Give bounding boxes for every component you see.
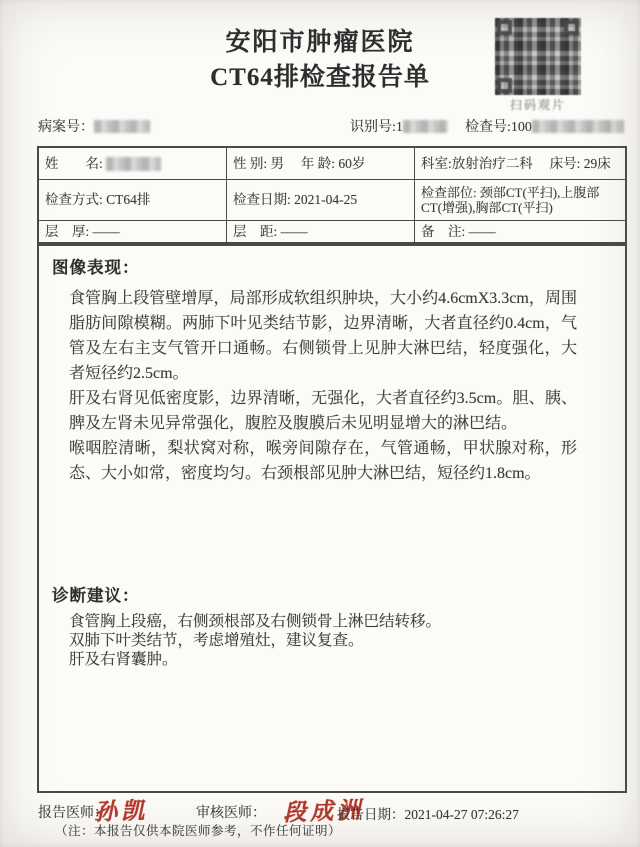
case-number-label: 病案号： — [38, 120, 94, 135]
exam-number-field: 检查号:100 — [465, 116, 624, 136]
review-doctor-label: 审核医师： — [196, 802, 266, 822]
redacted-value — [94, 120, 150, 133]
findings-paragraph: 食管胸上段管壁增厚，局部形成软组织肿块，大小约4.6cmX3.3cm，周围脂肪间… — [69, 286, 577, 386]
findings-paragraph: 肝及右肾见低密度影，边界清晰，无强化，大者直径约3.5cm。胆、胰、脾及左肾未见… — [69, 386, 577, 436]
exam-date-cell: 检查日期: 2021-04-25 — [226, 179, 414, 220]
gender-age-cell: 性 别: 男 年 龄: 60岁 — [226, 148, 414, 179]
patient-name-cell: 姓 名: — [39, 148, 226, 179]
findings-text: 食管胸上段管壁增厚，局部形成软组织肿块，大小约4.6cmX3.3cm，周围脂肪间… — [69, 286, 577, 486]
disclaimer-note: （注：本报告仅供本院医师参考，不作任何证明） — [55, 821, 341, 839]
diagnosis-heading: 诊断建议： — [52, 582, 140, 606]
diagnosis-line: 食管胸上段癌，右侧颈根部及右侧锁骨上淋巴结转移。 — [69, 612, 589, 631]
identification-number-label: 识别号: — [350, 120, 396, 135]
qr-finder-icon — [497, 20, 512, 35]
diagnosis-text: 食管胸上段癌，右侧颈根部及右侧锁骨上淋巴结转移。 双肺下叶类结节，考虑增殖灶，建… — [69, 612, 589, 669]
report-date-label: 报告日期： — [337, 807, 405, 822]
report-date-value: 2021-04-27 07:26:27 — [405, 807, 519, 822]
diagnosis-line: 肝及右肾囊肿。 — [69, 650, 589, 669]
slice-spacing-cell: 层 距: —— — [226, 220, 414, 242]
qr-caption: 扫码观片 — [493, 96, 583, 113]
case-number-field: 病案号： — [38, 116, 150, 136]
exam-number-prefix: 100 — [511, 120, 532, 135]
ct-report-document: 安阳市肿瘤医院 CT64排检查报告单 扫码观片 病案号： 识别号:1 检查号:1… — [0, 0, 640, 847]
department-bed-cell: 科室:放射治疗二科 床号: 29床 — [414, 148, 625, 179]
identification-number-prefix: 1 — [396, 120, 403, 135]
redacted-value — [403, 120, 448, 133]
slice-thickness-cell: 层 厚: —— — [39, 220, 226, 242]
report-body-box: 图像表现： 食管胸上段管壁增厚，局部形成软组织肿块，大小约4.6cmX3.3cm… — [37, 244, 627, 793]
diagnosis-line: 双肺下叶类结节，考虑增殖灶，建议复查。 — [69, 631, 589, 650]
patient-name-label: 姓 名: — [45, 156, 103, 172]
identification-number-field: 识别号:1 — [350, 116, 448, 136]
qr-finder-icon — [564, 20, 579, 35]
remarks-cell: 备 注: —— — [414, 220, 625, 242]
redacted-value — [532, 120, 624, 133]
qr-code — [495, 18, 581, 95]
exam-method-cell: 检查方式: CT64排 — [39, 179, 226, 220]
exam-region-cell: 检查部位: 颈部CT(平扫),上腹部CT(增强),胸部CT(平扫) — [414, 179, 625, 220]
report-date-field: 报告日期：2021-04-27 07:26:27 — [337, 803, 519, 823]
redacted-value — [106, 157, 161, 171]
patient-info-table: 姓 名: 性 别: 男 年 龄: 60岁 科室:放射治疗二科 床号: 29床 检… — [37, 146, 627, 244]
exam-number-label: 检查号: — [465, 120, 511, 135]
qr-finder-icon — [497, 78, 512, 93]
findings-paragraph: 喉咽腔清晰，梨状窝对称，喉旁间隙存在，气管通畅，甲状腺对称，形态、大小如常，密度… — [69, 436, 577, 486]
findings-heading: 图像表现： — [52, 254, 140, 278]
